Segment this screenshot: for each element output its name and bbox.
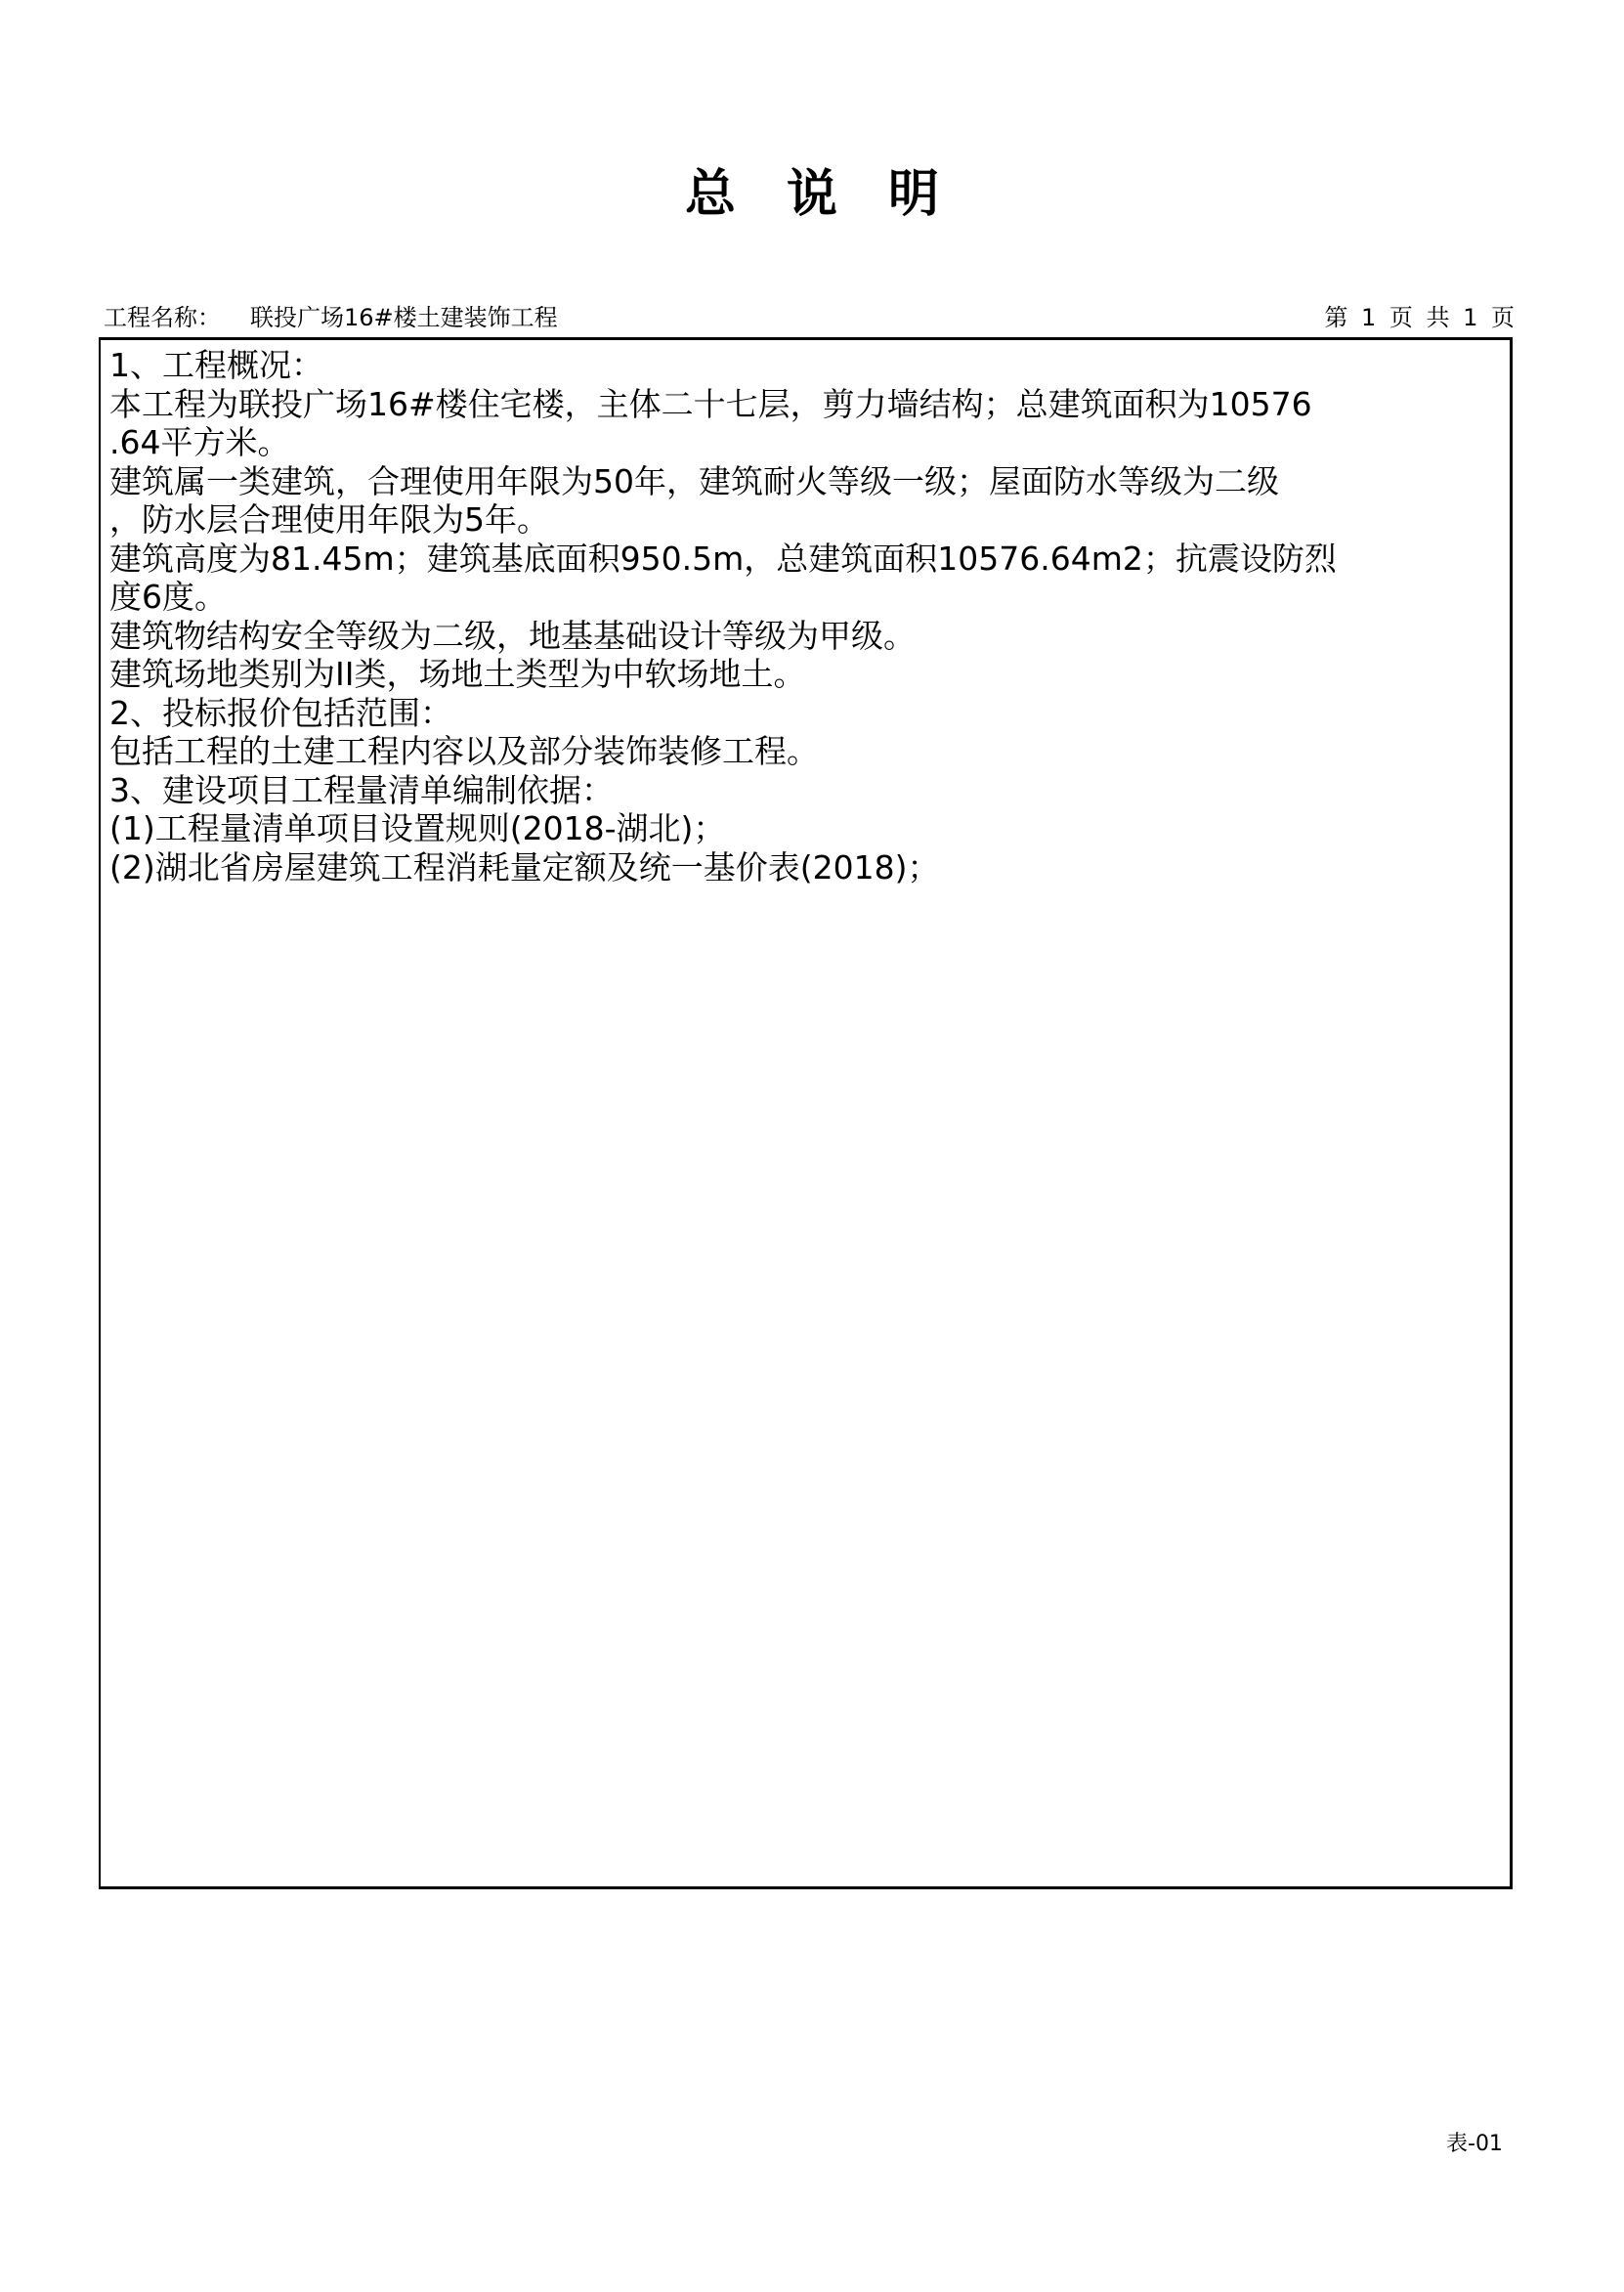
title-char-1: 总 [685, 160, 736, 229]
text-line: .64平方米。 [109, 423, 1506, 462]
list-item: (1)工程量清单项目设置规则(2018-湖北)； [109, 809, 1506, 848]
text-line: 本工程为联投广场16#楼住宅楼，主体二十七层，剪力墙结构；总建筑面积为10576 [109, 385, 1506, 424]
description-box: 1、工程概况： 本工程为联投广场16#楼住宅楼，主体二十七层，剪力墙结构；总建筑… [99, 337, 1513, 1889]
title-char-3: 明 [888, 160, 939, 229]
title-char-2: 说 [787, 160, 837, 229]
section-heading-basis: 3、建设项目工程量清单编制依据： [109, 771, 1506, 810]
form-number: 表-01 [1446, 2131, 1503, 2158]
text-line: 建筑场地类别为II类，场地土类型为中软场地土。 [109, 655, 1506, 694]
text-line: 建筑属一类建筑，合理使用年限为50年，建筑耐火等级一级；屋面防水等级为二级 [109, 462, 1506, 501]
section-heading-scope: 2、投标报价包括范围： [109, 694, 1506, 733]
description-text: 1、工程概况： 本工程为联投广场16#楼住宅楼，主体二十七层，剪力墙结构；总建筑… [109, 346, 1506, 887]
text-line: 包括工程的土建工程内容以及部分装饰装修工程。 [109, 732, 1506, 771]
section-heading-overview: 1、工程概况： [109, 346, 1506, 385]
list-item: (2)湖北省房屋建筑工程消耗量定额及统一基价表(2018)； [109, 848, 1506, 887]
text-line: 建筑物结构安全等级为二级，地基基础设计等级为甲级。 [109, 617, 1506, 656]
project-name-value: 联投广场16#楼土建装饰工程 [250, 304, 558, 331]
project-name-label: 工程名称： [104, 302, 250, 333]
page-indicator: 第 1 页 共 1 页 [1324, 302, 1515, 333]
text-line: ，防水层合理使用年限为5年。 [109, 500, 1506, 540]
text-line: 建筑高度为81.45m；建筑基底面积950.5m，总建筑面积10576.64m2… [109, 540, 1506, 579]
project-name-row: 工程名称：联投广场16#楼土建装饰工程 [104, 302, 558, 333]
page-title: 总 说 明 [0, 160, 1624, 229]
text-line: 度6度。 [109, 578, 1506, 617]
